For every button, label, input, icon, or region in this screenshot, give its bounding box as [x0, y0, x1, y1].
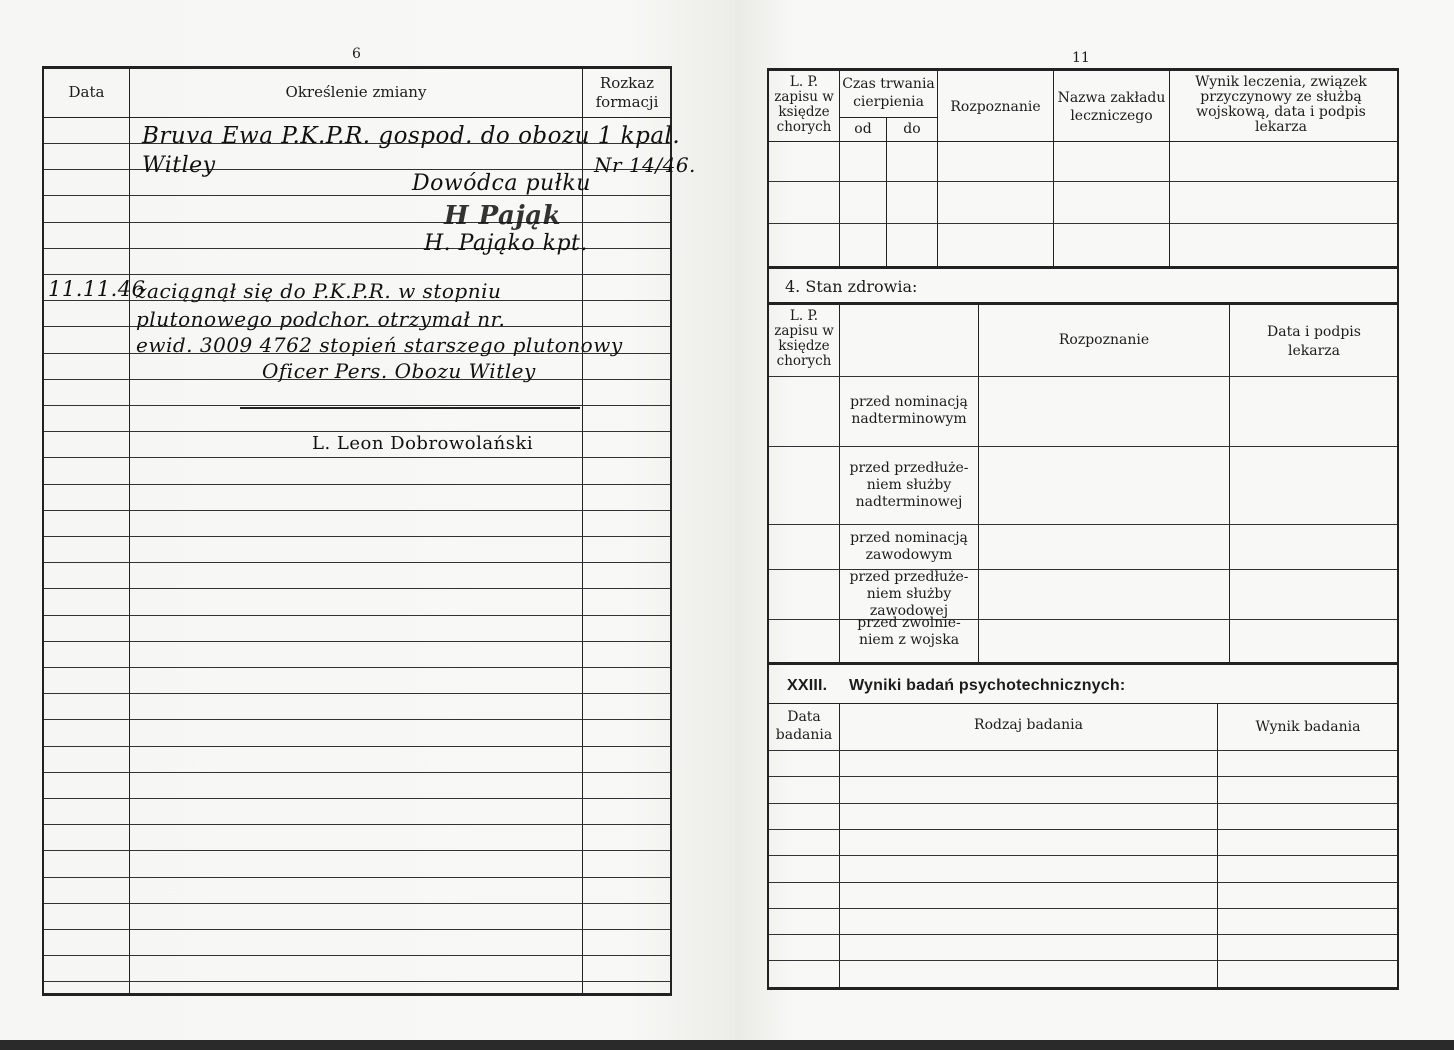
s4-header-data: Data i podpis lekarza — [1239, 323, 1389, 361]
ruled-line — [44, 850, 670, 851]
header-data: Data — [44, 83, 129, 102]
ruled-line — [44, 955, 670, 956]
entry2-date: 11.11.46 — [48, 277, 146, 301]
s4-header-lp: L. P. zapisu w księdze chorych — [769, 309, 839, 369]
col-divider — [839, 703, 840, 987]
ruled-line — [44, 798, 670, 799]
entry2-line4: Oficer Pers. Obozu Witley — [262, 359, 536, 383]
s4-row-label: przed zwolnie- niem z wojska — [841, 615, 977, 649]
ruled-line — [44, 405, 670, 406]
s4-row-rule — [769, 524, 1397, 525]
s4-row-label: przed przedłuże- niem służby nadterminow… — [841, 460, 977, 511]
entry2-line1: zaciągnął się do P.K.P.R. w stopniu — [136, 279, 501, 303]
entry1-signature: H Pająk — [444, 201, 561, 231]
header-rozkaz: Rozkaz formacji — [584, 74, 670, 112]
t1-header-wynik: Wynik leczenia, związek przyczynowy ze s… — [1181, 75, 1381, 135]
col-divider — [1217, 703, 1218, 987]
s23-header-wynik: Wynik badania — [1218, 719, 1398, 735]
entry2-line2: plutonowego podchor. otrzymał nr. — [136, 307, 505, 331]
entry2-line3: ewid. 3009 4762 stopień starszego pluton… — [136, 333, 623, 357]
s23-header-rodzaj: Rodzaj badania — [840, 717, 1217, 733]
col-divider — [1229, 302, 1230, 662]
ruled-line — [44, 746, 670, 747]
t1-bottom-rule — [769, 266, 1397, 269]
subheader-rule — [840, 117, 937, 118]
t1-header-rule — [769, 141, 1397, 142]
s23-row-rule — [769, 960, 1397, 961]
changes-table: Data Określenie zmiany Rozkaz formacji B… — [42, 66, 672, 996]
s23-row-rule — [769, 776, 1397, 777]
health-form: L. P. zapisu w księdze chorych Czas trwa… — [767, 68, 1399, 990]
ruled-line — [44, 772, 670, 773]
s23-top-rule — [769, 703, 1397, 704]
entry1-order-number: Nr 14/46. — [594, 153, 696, 177]
t1-row-rule — [769, 223, 1397, 224]
s4-row-label: przed przedłuże- niem służby zawodowej — [841, 569, 977, 620]
entry2-stamp-name: L. Leon Dobrowolański — [312, 433, 533, 454]
col-divider — [582, 69, 583, 993]
s4-bottom-rule — [769, 662, 1397, 665]
header-okreslenie: Określenie zmiany — [130, 83, 582, 102]
s23-row-rule — [769, 750, 1397, 751]
ruled-line — [44, 903, 670, 904]
col-divider — [129, 69, 130, 993]
ruled-line — [44, 588, 670, 589]
ruled-line — [44, 274, 670, 275]
s23-header-data: Data badania — [769, 708, 839, 744]
entry1-signer-name: H. Pająko kpt. — [424, 231, 588, 256]
ruled-line — [44, 929, 670, 930]
s23-row-rule — [769, 908, 1397, 909]
ruled-line — [44, 981, 670, 982]
entry1-commander-title: Dowódca pułku — [412, 171, 591, 196]
ruled-line — [44, 719, 670, 720]
s23-row-rule — [769, 882, 1397, 883]
ruled-line — [44, 824, 670, 825]
t1-header-rozpoznanie: Rozpoznanie — [938, 99, 1053, 115]
entry1-line2: Witley — [142, 153, 216, 178]
section4-title: 4. Stan zdrowia: — [785, 277, 917, 296]
ruled-line — [44, 562, 670, 563]
ruled-line — [44, 641, 670, 642]
ruled-line — [44, 510, 670, 511]
ruled-line — [44, 877, 670, 878]
ruled-line — [44, 484, 670, 485]
t1-header-czas: Czas trwania cierpienia — [840, 75, 937, 111]
entry2-signature-stroke — [240, 407, 580, 409]
scanner-edge — [0, 1040, 1454, 1050]
s23-row-rule — [769, 855, 1397, 856]
col-divider — [1169, 71, 1170, 266]
right-page-number: 11 — [1072, 50, 1090, 66]
ruled-line — [44, 536, 670, 537]
s4-row-label: przed nominacją zawodowym — [841, 530, 977, 564]
col-divider — [839, 302, 840, 662]
ruled-line — [44, 693, 670, 694]
s4-header-rozpoznanie: Rozpoznanie — [979, 332, 1229, 348]
col-divider — [886, 117, 887, 266]
ruled-line — [44, 667, 670, 668]
s23-row-rule — [769, 803, 1397, 804]
t1-header-od: od — [840, 121, 886, 137]
entry1-line1: Bruva Ewa P.K.P.R. gospod. do obozu 1 kp… — [142, 123, 680, 149]
s4-top-rule — [769, 302, 1397, 305]
col-divider — [978, 302, 979, 662]
s4-row-label: przed nominacją nadterminowym — [841, 394, 977, 428]
ruled-line — [44, 222, 670, 223]
section23-title: Wyniki badań psychotechnicznych: — [849, 677, 1125, 695]
s4-header-rule — [769, 376, 1397, 377]
t1-header-zaklad: Nazwa zakładu leczniczego — [1054, 89, 1169, 125]
left-page-number: 6 — [352, 46, 361, 62]
s23-row-rule — [769, 934, 1397, 935]
ruled-line — [44, 615, 670, 616]
t1-row-rule — [769, 181, 1397, 182]
ruled-line — [44, 457, 670, 458]
section23-number: XXIII. — [787, 677, 827, 695]
header-rule — [44, 117, 670, 118]
s23-row-rule — [769, 829, 1397, 830]
t1-header-lp: L. P. zapisu w księdze chorych — [769, 75, 839, 135]
t1-header-do: do — [887, 121, 937, 137]
s4-row-rule — [769, 446, 1397, 447]
